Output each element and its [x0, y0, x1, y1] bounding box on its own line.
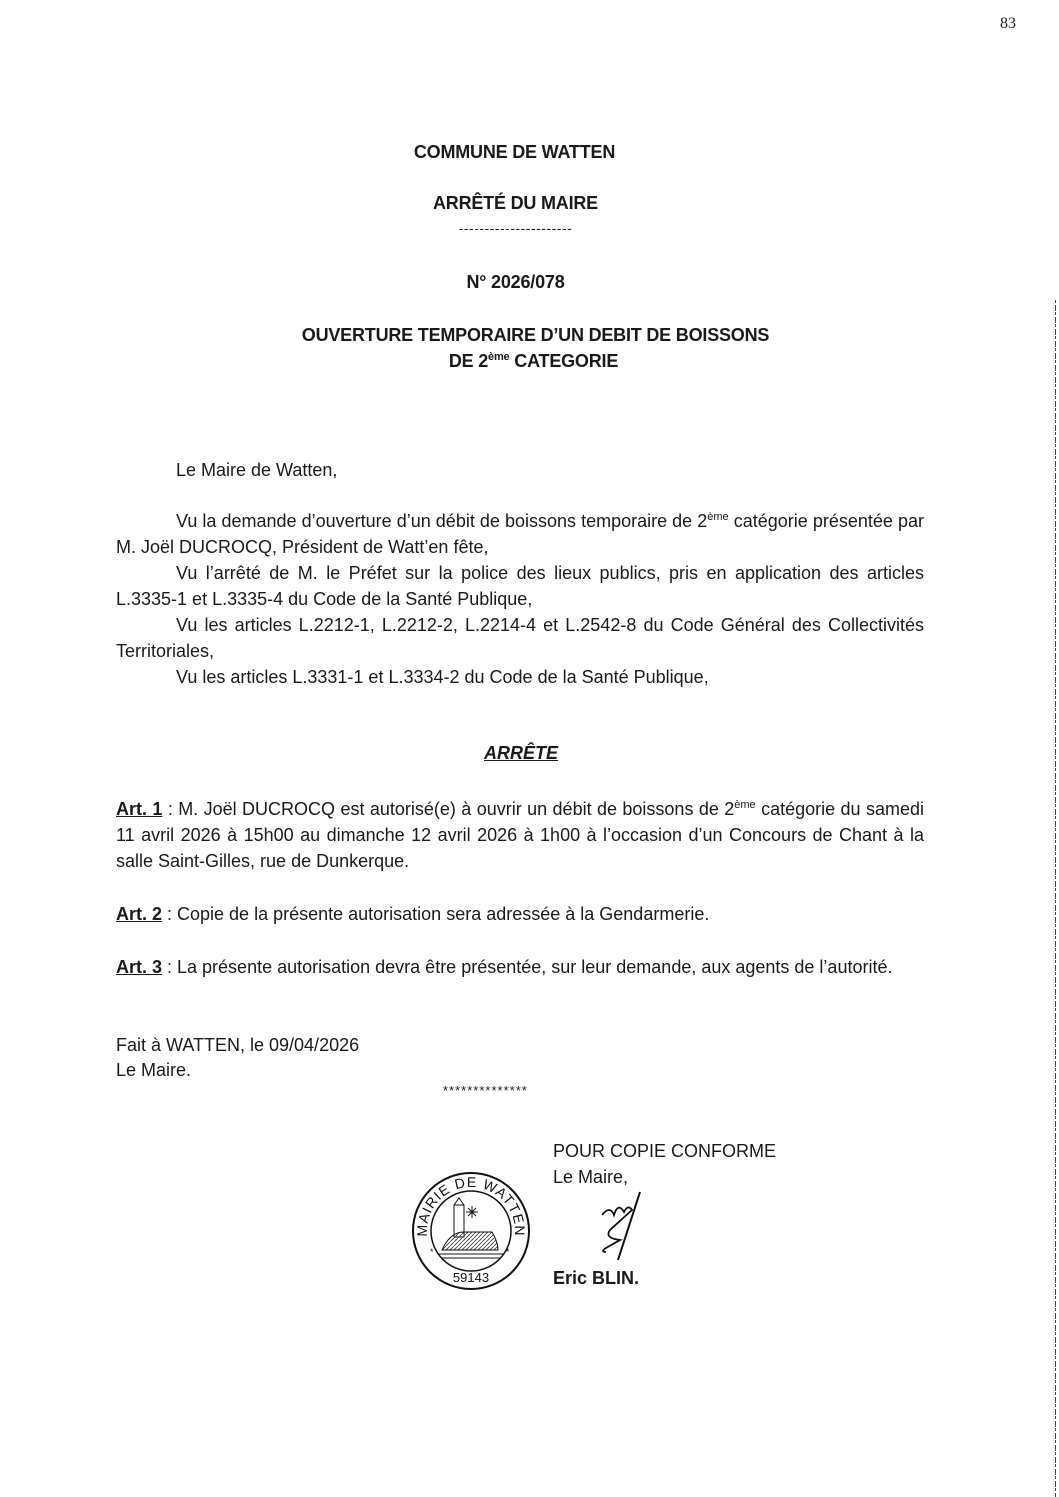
subject-line-2: DE 2ème CATEGORIE	[4, 351, 1059, 372]
article-2-text: : Copie de la présente autorisation sera…	[162, 904, 709, 924]
signer-name: Eric BLIN.	[553, 1268, 639, 1289]
copie-conforme-block: POUR COPIE CONFORME Le Maire,	[553, 1138, 776, 1190]
place-date: Fait à WATTEN, le 09/04/2026	[116, 1033, 924, 1058]
copie-role: Le Maire,	[553, 1164, 776, 1190]
page-number: 83	[1000, 15, 1016, 33]
copie-conforme: POUR COPIE CONFORME	[553, 1138, 776, 1164]
act-type-heading: ARRÊTÉ DU MAIRE	[0, 193, 1045, 214]
vu-paragraph-4: Vu les articles L.3331-1 et L.3334-2 du …	[116, 664, 924, 690]
svg-text:59143: 59143	[453, 1270, 489, 1285]
opening-line: Le Maire de Watten,	[116, 457, 924, 483]
vu-paragraph-2: Vu l’arrêté de M. le Préfet sur la polic…	[116, 560, 924, 612]
vu-paragraph-1: Vu la demande d’ouverture d’un débit de …	[116, 508, 924, 560]
vu1-sup: ème	[707, 511, 728, 523]
article-3-text: : La présente autorisation devra être pr…	[162, 957, 892, 977]
handwritten-signature-icon	[590, 1190, 660, 1265]
subject-suffix: CATEGORIE	[509, 351, 618, 371]
heading-separator: ----------------------	[0, 220, 1045, 236]
stars-separator: **************	[443, 1083, 528, 1098]
subject-sup: ème	[488, 351, 509, 363]
closing-block: Fait à WATTEN, le 09/04/2026 Le Maire.	[116, 1033, 924, 1083]
article-3-label: Art. 3	[116, 957, 162, 977]
subject-line-1: OUVERTURE TEMPORAIRE D’UN DEBIT DE BOISS…	[6, 325, 1059, 346]
article-3: Art. 3 : La présente autorisation devra …	[116, 954, 924, 980]
decision-title: ARRÊTE	[484, 743, 558, 764]
article-1-sup: ème	[734, 799, 755, 811]
closing-role: Le Maire.	[116, 1058, 924, 1083]
act-number: N° 2026/078	[0, 272, 1045, 293]
vu-paragraph-3: Vu les articles L.2212-1, L.2212-2, L.22…	[116, 612, 924, 664]
article-1-text-a: : M. Joël DUCROCQ est autorisé(e) à ouvr…	[162, 799, 734, 819]
vu1-text-a: Vu la demande d’ouverture d’un débit de …	[176, 511, 707, 531]
subject-prefix: DE 2	[449, 351, 488, 371]
official-seal-icon: MAIRIE DE WATTEN 59143 * *	[410, 1170, 532, 1292]
article-1-label: Art. 1	[116, 799, 162, 819]
article-1: Art. 1 : M. Joël DUCROCQ est autorisé(e)…	[116, 796, 924, 874]
commune-heading: COMMUNE DE WATTEN	[0, 142, 1044, 163]
scan-edge-line	[1055, 300, 1056, 1497]
article-2: Art. 2 : Copie de la présente autorisati…	[116, 901, 924, 927]
svg-text:*: *	[506, 1247, 510, 1257]
article-2-label: Art. 2	[116, 904, 162, 924]
svg-text:*: *	[430, 1247, 434, 1257]
